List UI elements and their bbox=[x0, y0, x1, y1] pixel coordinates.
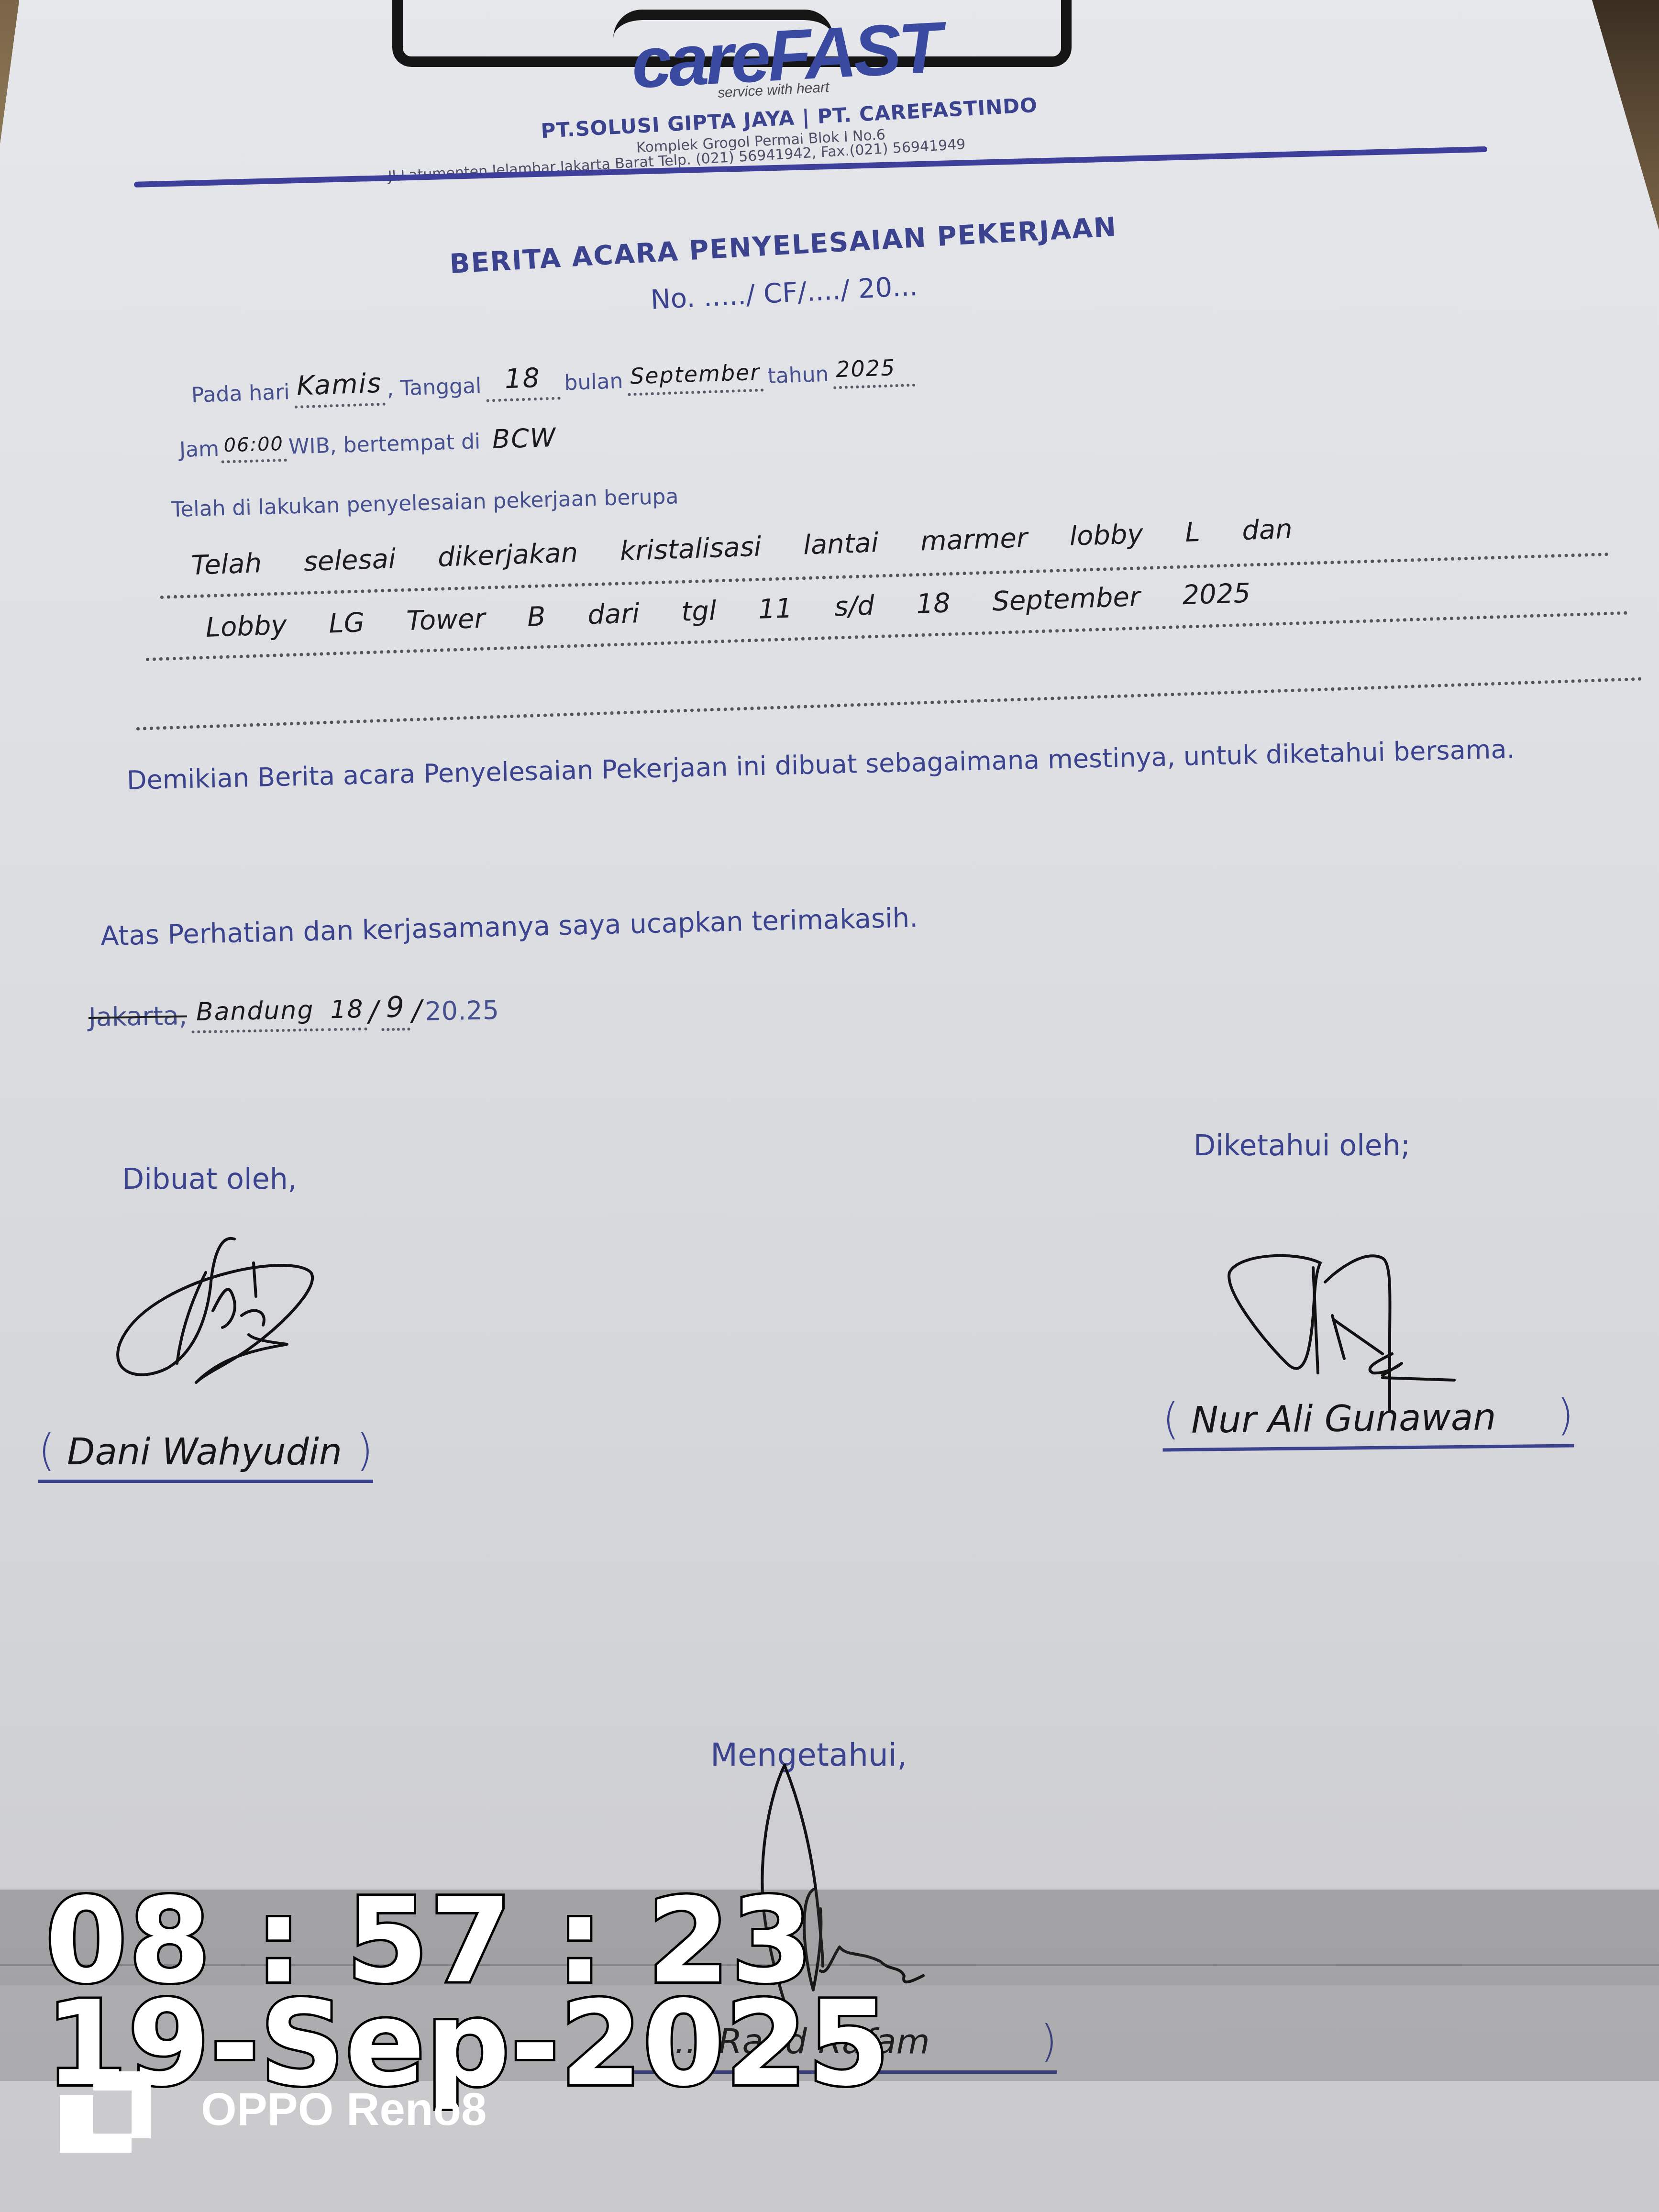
time-field[interactable]: 06:00 bbox=[221, 437, 287, 464]
place-written: Bandung bbox=[196, 996, 314, 1027]
year-label: tahun bbox=[767, 362, 829, 388]
bracket-close: ) bbox=[1557, 1390, 1574, 1440]
date-year: 20.25 bbox=[425, 995, 499, 1027]
made-by-label: Dibuat oleh, bbox=[122, 1162, 297, 1196]
month-label: bulan bbox=[564, 369, 624, 395]
bracket-open: ( bbox=[38, 1426, 55, 1476]
time-value: 06:00 bbox=[223, 433, 284, 456]
year-field[interactable]: 2025 bbox=[833, 358, 916, 389]
month-value: September bbox=[630, 359, 761, 389]
place-printed: Jakarta, bbox=[88, 1000, 187, 1032]
date-day-field[interactable]: 18 bbox=[327, 999, 367, 1031]
date-label: , Tanggal bbox=[387, 374, 482, 401]
day-value: Kamis bbox=[296, 368, 382, 402]
date-month: 9 bbox=[386, 990, 405, 1024]
made-by-name: Dani Wahyudin bbox=[67, 1430, 342, 1473]
date-field[interactable]: 18 bbox=[485, 365, 561, 402]
date-value: 18 bbox=[504, 363, 541, 395]
made-by-name-field[interactable]: ( Dani Wahyudin ) bbox=[38, 1430, 373, 1483]
acknowledged-by-signature bbox=[1225, 1253, 1493, 1411]
bracket-open: ( bbox=[1162, 1394, 1179, 1444]
acknowledged-by-label: Diketahui oleh; bbox=[1194, 1129, 1410, 1162]
made-by-signature bbox=[110, 1229, 349, 1402]
place-field[interactable]: Bandung bbox=[191, 999, 324, 1033]
bracket-close: ) bbox=[356, 1426, 373, 1476]
date-separator: / bbox=[411, 994, 422, 1028]
date-day: 18 bbox=[330, 995, 364, 1024]
year-value: 2025 bbox=[835, 354, 896, 382]
signature-rule bbox=[38, 1480, 373, 1483]
place-date-line: Jakarta, Bandung18/9/ 20.25 bbox=[88, 993, 499, 1036]
day-label: Pada hari bbox=[191, 380, 290, 408]
camera-device-name: OPPO Reno8 bbox=[201, 2083, 487, 2136]
acknowledged-by-name: Nur Ali Gunawan bbox=[1191, 1395, 1496, 1441]
place-label: WIB, bertempat di bbox=[288, 429, 480, 459]
place-value[interactable]: BCW bbox=[492, 422, 557, 454]
date-month-field[interactable]: 9 bbox=[381, 994, 410, 1031]
month-field[interactable]: September bbox=[627, 363, 763, 396]
time-label: Jam bbox=[179, 437, 219, 462]
oppo-watermark-icon bbox=[60, 2071, 160, 2153]
acknowledged-by-name-field[interactable]: ( Nur Ali Gunawan ) bbox=[1162, 1395, 1574, 1452]
day-field[interactable]: Kamis bbox=[293, 372, 386, 409]
date-separator: / bbox=[368, 995, 379, 1028]
